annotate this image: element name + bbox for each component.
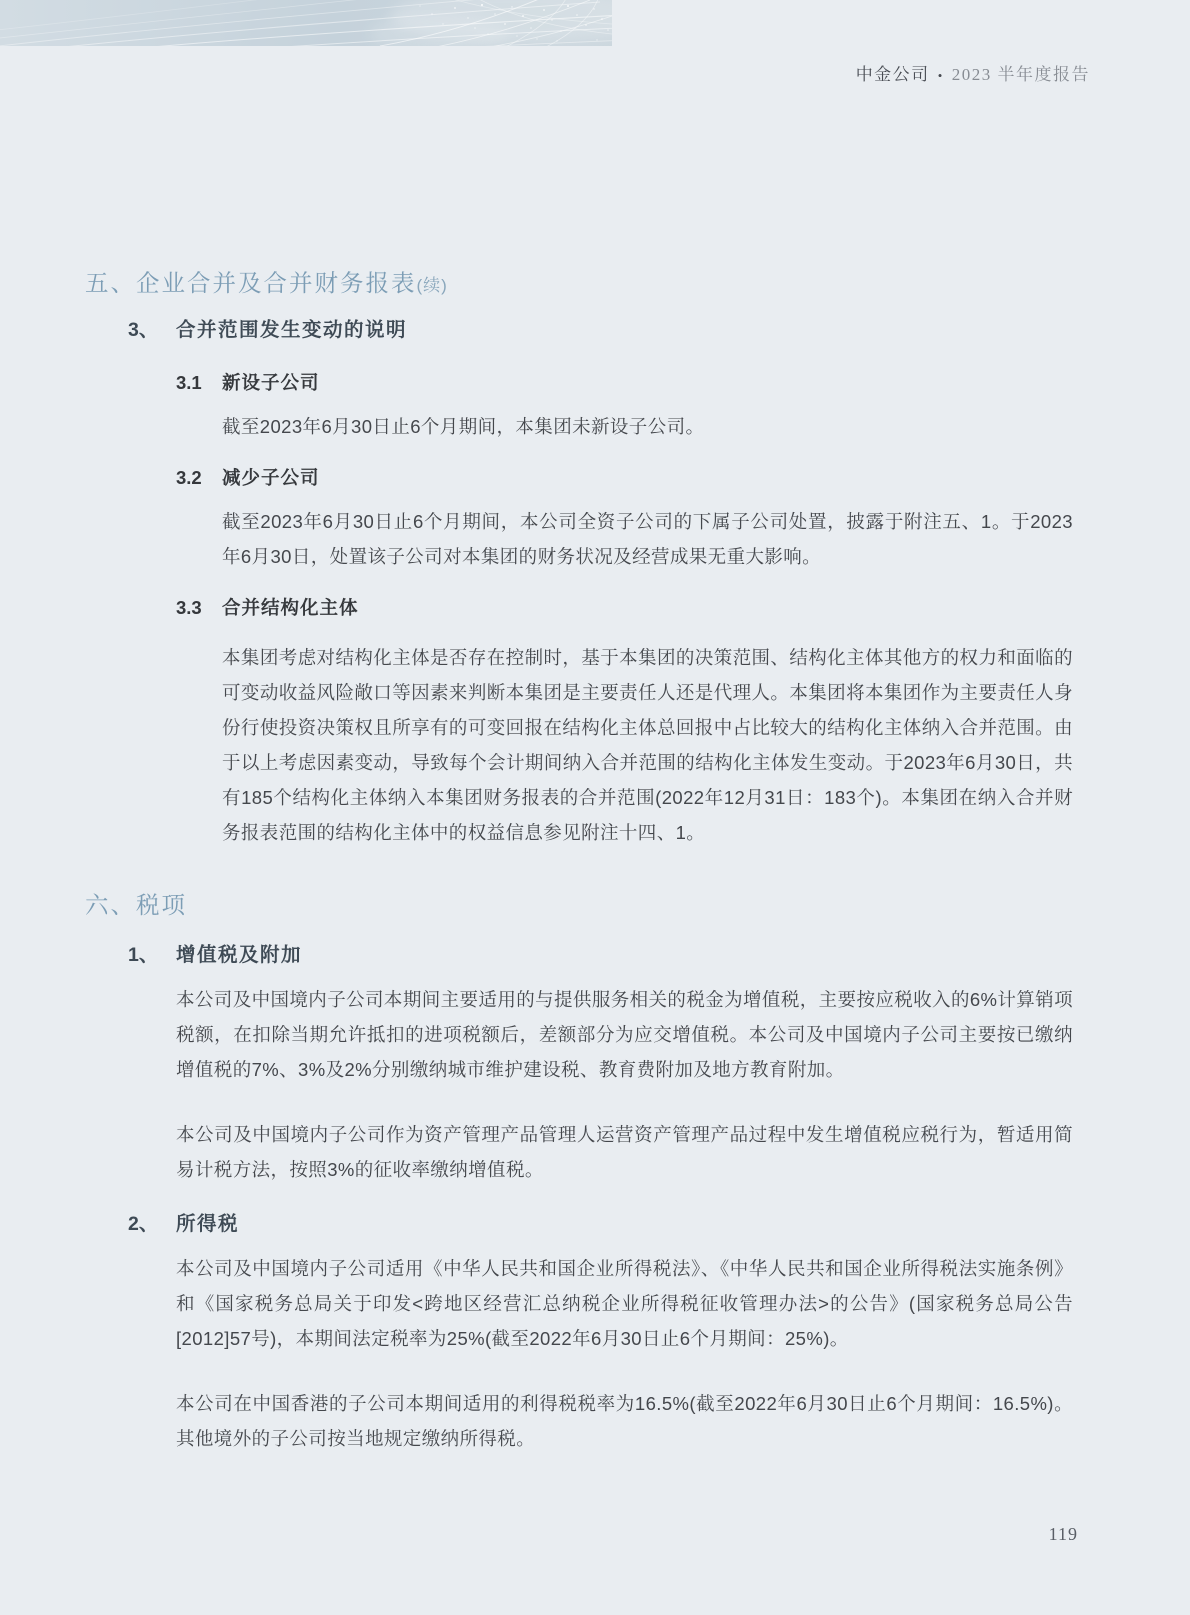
section-heading-6-text: 六、税项 <box>85 892 187 918</box>
report-page: 中金公司•2023 半年度报告 五、企业合并及合并财务报表(续) 3、 合并范围… <box>0 0 1190 1615</box>
subsection-heading-6-2: 2、 所得税 <box>128 1211 1073 1237</box>
subsection-3-3-title: 合并结构化主体 <box>222 596 359 620</box>
subsection-3-number: 3、 <box>128 317 176 343</box>
subsection-3-2-number: 3.2 <box>176 466 222 490</box>
subsection-heading-3: 3、 合并范围发生变动的说明 <box>128 317 1073 343</box>
subsection-6-1-title: 增值税及附加 <box>176 942 302 968</box>
subsection-heading-6-1: 1、 增值税及附加 <box>128 942 1073 968</box>
section-heading-5: 五、企业合并及合并财务报表(续) <box>85 268 1073 301</box>
section-heading-5-suffix: (续) <box>417 276 448 295</box>
page-number: 119 <box>1049 1524 1078 1545</box>
subsection-3-1-number: 3.1 <box>176 371 222 395</box>
subsection-3-2-title: 减少子公司 <box>222 466 320 490</box>
subsection-6-2-title: 所得税 <box>176 1211 239 1237</box>
paragraph-6-2-b: 本公司在中国香港的子公司本期间适用的利得税税率为16.5%(截至2022年6月3… <box>176 1386 1073 1456</box>
section-heading-6: 六、税项 <box>85 890 1073 920</box>
paragraph-6-1-b: 本公司及中国境内子公司作为资产管理产品管理人运营资产管理产品过程中发生增值税应税… <box>176 1117 1073 1187</box>
subsection-3-3-number: 3.3 <box>176 596 222 620</box>
subsection-6-2-number: 2、 <box>128 1211 176 1237</box>
subsection-6-1-number: 1、 <box>128 942 176 968</box>
section-heading-5-text: 五、企业合并及合并财务报表 <box>85 270 417 296</box>
subsection-3-1-title: 新设子公司 <box>222 371 320 395</box>
paragraph-3-1: 截至2023年6月30日止6个月期间，本集团未新设子公司。 <box>222 409 1073 444</box>
paragraph-6-1-a: 本公司及中国境内子公司本期间主要适用的与提供服务相关的税金为增值税，主要按应税收… <box>176 982 1073 1087</box>
subsection-heading-3-2: 3.2 减少子公司 <box>176 466 1073 490</box>
paragraph-3-3: 本集团考虑对结构化主体是否存在控制时，基于本集团的决策范围、结构化主体其他方的权… <box>222 640 1073 850</box>
document-body: 五、企业合并及合并财务报表(续) 3、 合并范围发生变动的说明 3.1 新设子公… <box>0 0 1190 1456</box>
subsection-3-title: 合并范围发生变动的说明 <box>176 317 407 343</box>
paragraph-3-2: 截至2023年6月30日止6个月期间，本公司全资子公司的下属子公司处置，披露于附… <box>222 504 1073 574</box>
subsection-heading-3-1: 3.1 新设子公司 <box>176 371 1073 395</box>
paragraph-6-2-a: 本公司及中国境内子公司适用《中华人民共和国企业所得税法》、《中华人民共和国企业所… <box>176 1251 1073 1356</box>
subsection-heading-3-3: 3.3 合并结构化主体 <box>176 596 1073 620</box>
